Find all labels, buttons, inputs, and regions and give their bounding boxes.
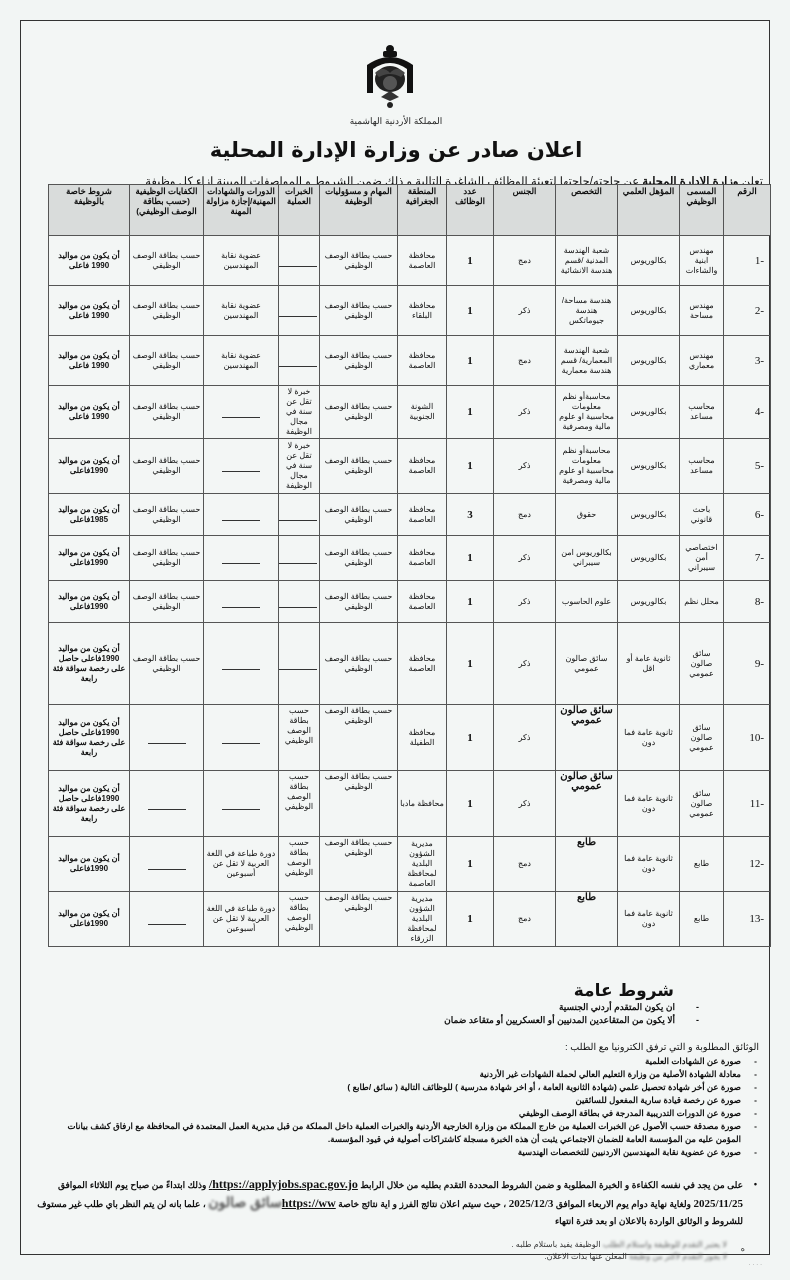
cell-qualification: ثانوية عامة فما دون: [618, 837, 680, 892]
col-header-tasks: المهام و مسؤوليات الوظيفة: [320, 185, 398, 236]
table-row: -9سائق صالون عموميثانوية عامة أو اقلسائق…: [49, 623, 771, 705]
table-row: -12طابعثانوية عامة فما دونطابعدمج1مديرية…: [49, 837, 771, 892]
empty-dash: [148, 809, 186, 810]
cell-qualification: ثانوية عامة فما دون: [618, 705, 680, 771]
cell-job-title: مهندس مساحة: [680, 286, 724, 336]
cell-gender: ذكر: [494, 536, 556, 581]
cell-experience: [279, 286, 320, 336]
cell-experience: [279, 336, 320, 386]
col-header-region: المنطقة الجغرافية: [398, 185, 447, 236]
cell-gender: دمج: [494, 336, 556, 386]
cell-courses: دورة طباعة في اللغة العربية لا تقل عن أس…: [204, 837, 279, 892]
cell-region: محافظة العاصمة: [398, 336, 447, 386]
cell-job-title: محاسب مساعد: [680, 386, 724, 439]
cell-row-number: -4: [724, 386, 771, 439]
cell-major: طابع: [556, 837, 618, 892]
cell-qualification: بكالوريوس: [618, 386, 680, 439]
cell-row-number: -8: [724, 581, 771, 623]
cell-courses: [204, 439, 279, 494]
cell-gender: ذكر: [494, 623, 556, 705]
cell-tasks: حسب بطاقة الوصف الوظيفي: [320, 236, 398, 286]
cell-region: مديرية الشؤون البلدية لمحافظة الزرقاء: [398, 892, 447, 947]
table-row: -13طابعثانوية عامة فما دونطابعدمج1مديرية…: [49, 892, 771, 947]
cell-job-count: 1: [447, 286, 494, 336]
cell-qualification: بكالوريوس: [618, 236, 680, 286]
cell-job-count: 1: [447, 236, 494, 286]
cell-qualification: بكالوريوس: [618, 286, 680, 336]
list-item: صورة عن الشهادات العلمية: [43, 1055, 763, 1068]
cell-job-count: 1: [447, 771, 494, 837]
cell-gender: دمج: [494, 837, 556, 892]
list-item: صورة عن الدورات التدريبية المدرجة في بطا…: [43, 1107, 763, 1120]
cell-job-count: 1: [447, 705, 494, 771]
cell-gender: دمج: [494, 236, 556, 286]
end-date: 2025/12/3: [509, 1198, 554, 1210]
cell-courses: عضوية نقابة المهندسين: [204, 286, 279, 336]
cell-gender: ذكر: [494, 386, 556, 439]
cell-row-number: -6: [724, 494, 771, 536]
cell-region: محافظة العاصمة: [398, 439, 447, 494]
cell-job-count: 1: [447, 623, 494, 705]
cell-courses: [204, 581, 279, 623]
cell-experience: [279, 581, 320, 623]
general-conditions-title: شروط عامة: [574, 981, 674, 1001]
cell-major: محاسبةأو نظم معلومات محاسبية او علوم مال…: [556, 386, 618, 439]
cell-job-title: طابع: [680, 837, 724, 892]
cell-gender: ذكر: [494, 581, 556, 623]
cell-region: محافظة العاصمة: [398, 236, 447, 286]
cell-competencies: حسب بطاقة الوصف الوظيفي: [130, 286, 204, 336]
empty-dash: [279, 563, 317, 564]
col-header-qualification: المؤهل العلمي: [618, 185, 680, 236]
cell-job-count: 1: [447, 536, 494, 581]
empty-dash: [222, 563, 260, 564]
cell-special-conditions: أن يكون من مواليد 1990 فاعلى: [49, 386, 130, 439]
cell-gender: دمج: [494, 494, 556, 536]
cell-courses: [204, 494, 279, 536]
cell-competencies: [130, 705, 204, 771]
empty-dash: [148, 924, 186, 925]
cell-job-title: اختصاصي أمن سيبراني: [680, 536, 724, 581]
blurred-text: ﺳﺎﺋﻖ ﺻﺎﻟﻮﻥ: [208, 1194, 281, 1210]
start-date: 2025/11/25: [693, 1198, 743, 1210]
table-row: -10سائق صالون عموميثانوية عامة فما دونسا…: [49, 705, 771, 771]
cell-special-conditions: أن يكون من مواليد 1990فاعلى: [49, 536, 130, 581]
cell-experience: [279, 623, 320, 705]
cell-special-conditions: أن يكون من مواليد 1985فاعلى: [49, 494, 130, 536]
cell-row-number: -7: [724, 536, 771, 581]
cell-job-count: 1: [447, 892, 494, 947]
cell-gender: دمج: [494, 892, 556, 947]
page-title: اعلان صادر عن وزارة الإدارة المحلية: [21, 138, 771, 162]
cell-job-count: 3: [447, 494, 494, 536]
cell-special-conditions: أن يكون من مواليد 1990 فاعلى: [49, 286, 130, 336]
table-row: -8محلل نظمبكالوريوسعلوم الحاسوبذكر1محافظ…: [49, 581, 771, 623]
cell-qualification: بكالوريوس: [618, 581, 680, 623]
cell-special-conditions: أن يكون من مواليد 1990فاعلى: [49, 581, 130, 623]
col-header-major: التخصص: [556, 185, 618, 236]
cell-region: محافظة العاصمة: [398, 623, 447, 705]
cell-tasks: حسب بطاقة الوصف الوظيفي: [320, 536, 398, 581]
empty-dash: [148, 869, 186, 870]
cell-job-title: مهندس معماري: [680, 336, 724, 386]
cell-tasks: حسب بطاقة الوصف الوظيفي: [320, 623, 398, 705]
col-header-job-title: المسمى الوظيفي: [680, 185, 724, 236]
cell-major: سائق صالون عمومي: [556, 623, 618, 705]
cell-tasks: حسب بطاقة الوصف الوظيفي: [320, 705, 398, 771]
cell-competencies: حسب بطاقة الوصف الوظيفي: [130, 236, 204, 286]
cell-courses: عضوية نقابة المهندسين: [204, 236, 279, 286]
col-header-count: عدد الوظائف: [447, 185, 494, 236]
cell-region: محافظة الطفيلة: [398, 705, 447, 771]
cell-competencies: حسب بطاقة الوصف الوظيفي: [130, 536, 204, 581]
cell-job-count: 1: [447, 581, 494, 623]
empty-dash: [279, 266, 317, 267]
table-row: -7اختصاصي أمن سيبرانيبكالوريوسبكالوريوس …: [49, 536, 771, 581]
cell-major: طابع: [556, 892, 618, 947]
empty-dash: [222, 669, 260, 670]
empty-dash: [222, 417, 260, 418]
cell-experience: خبرة لا تقل عن سنة في مجال الوظيفة: [279, 386, 320, 439]
cell-courses: [204, 386, 279, 439]
cell-qualification: بكالوريوس: [618, 439, 680, 494]
empty-dash: [279, 316, 317, 317]
empty-dash: [222, 520, 260, 521]
empty-dash: [279, 366, 317, 367]
cell-qualification: بكالوريوس: [618, 536, 680, 581]
cell-special-conditions: أن يكون من مواليد 1990 فاعلى: [49, 236, 130, 286]
empty-dash: [222, 809, 260, 810]
cell-experience: [279, 536, 320, 581]
col-header-experience: الخبرات العملية: [279, 185, 320, 236]
jordan-coat-of-arms-icon: [361, 43, 419, 111]
table-row: -2مهندس مساحةبكالوريوسهندسة مساحة/ هندسة…: [49, 286, 771, 336]
cell-gender: ذكر: [494, 439, 556, 494]
cell-gender: ذكر: [494, 705, 556, 771]
documents-title: الوثائق المطلوبة و التي ترفق الكترونيا م…: [565, 1042, 759, 1053]
table-row: -4محاسب مساعدبكالوريوسمحاسبةأو نظم معلوم…: [49, 386, 771, 439]
cell-experience: حسب بطاقة الوصف الوظيفي: [279, 771, 320, 837]
list-item: ألا يكون من المتقاعدين المدنيين أو العسك…: [99, 1014, 699, 1027]
list-item: صورة عن رخصة قيادة سارية المفعول للسائقي…: [43, 1094, 763, 1107]
cell-competencies: حسب بطاقة الوصف الوظيفي: [130, 386, 204, 439]
cell-major: شعبة الهندسة المعمارية/ قسم هندسة معماري…: [556, 336, 618, 386]
table-row: -1مهندس ابنية والشاءاتبكالوريوسشعبة الهن…: [49, 236, 771, 286]
page-marker: · · · ·: [749, 1262, 762, 1269]
cell-competencies: [130, 771, 204, 837]
cell-job-count: 1: [447, 837, 494, 892]
cell-courses: [204, 623, 279, 705]
footnote: ه ﻻ ﻳﻌﺘﺒﺮ ﺍﻟﺘﻘﺪﻡ ﻟﻠﻮﻇﻴﻔﺔ ﻭﺍﺳﺘﻼﻡ ﺍﻟﻄﻠﺐ ال…: [307, 1239, 745, 1263]
empty-dash: [279, 607, 317, 608]
cell-major: علوم الحاسوب: [556, 581, 618, 623]
cell-job-title: سائق صالون عمومي: [680, 705, 724, 771]
col-header-competencies: الكفايات الوظيفية (حسب بطاقة الوصف الوظي…: [130, 185, 204, 236]
cell-courses: [204, 771, 279, 837]
cell-region: الشونة الجنوبية: [398, 386, 447, 439]
cell-special-conditions: أن يكون من مواليد 1990فاعلى: [49, 439, 130, 494]
col-header-number: الرقم: [724, 185, 771, 236]
cell-tasks: حسب بطاقة الوصف الوظيفي: [320, 439, 398, 494]
list-item: صورة عن أخر شهادة تحصيل علمي (شهادة الثا…: [43, 1081, 763, 1094]
cell-job-title: طابع: [680, 892, 724, 947]
cell-major: شعبة الهندسة المدنية /قسم هندسة الانشائي…: [556, 236, 618, 286]
empty-dash: [148, 743, 186, 744]
cell-row-number: -2: [724, 286, 771, 336]
cell-row-number: -9: [724, 623, 771, 705]
cell-competencies: [130, 837, 204, 892]
general-conditions-list: ان يكون المتقدم أردني الجنسية ألا يكون م…: [99, 1001, 699, 1027]
cell-job-title: مهندس ابنية والشاءات: [680, 236, 724, 286]
table-row: -3مهندس معماريبكالوريوسشعبة الهندسة المع…: [49, 336, 771, 386]
cell-row-number: -3: [724, 336, 771, 386]
cell-major: بكالوريوس امن سيبراني: [556, 536, 618, 581]
empty-dash: [279, 669, 317, 670]
cell-competencies: [130, 892, 204, 947]
cell-courses: [204, 536, 279, 581]
empty-dash: [222, 743, 260, 744]
cell-experience: خبرة لا تقل عن سنة في مجال الوظيفة: [279, 439, 320, 494]
col-header-courses: الدورات والشهادات المهنية/إجازة مزاولة ا…: [204, 185, 279, 236]
cell-competencies: حسب بطاقة الوصف الوظيفي: [130, 623, 204, 705]
list-item: ان يكون المتقدم أردني الجنسية: [99, 1001, 699, 1014]
cell-experience: حسب بطاقة الوصف الوظيفي: [279, 892, 320, 947]
cell-region: محافظة العاصمة: [398, 494, 447, 536]
cell-major: سائق صالون عمومي: [556, 771, 618, 837]
cell-competencies: حسب بطاقة الوصف الوظيفي: [130, 581, 204, 623]
cell-courses: [204, 705, 279, 771]
cell-experience: [279, 494, 320, 536]
apply-link[interactable]: https://applyjobs.spac.gov.jo/: [209, 1177, 358, 1191]
empty-dash: [222, 607, 260, 608]
cell-qualification: بكالوريوس: [618, 494, 680, 536]
cell-row-number: -1: [724, 236, 771, 286]
cell-major: حقوق: [556, 494, 618, 536]
cell-job-title: محلل نظم: [680, 581, 724, 623]
empty-dash: [279, 520, 317, 521]
cell-tasks: حسب بطاقة الوصف الوظيفي: [320, 771, 398, 837]
documents-list: صورة عن الشهادات العلمية معادلة الشهادة …: [43, 1055, 763, 1159]
cell-row-number: -13: [724, 892, 771, 947]
cell-qualification: ثانوية عامة أو اقل: [618, 623, 680, 705]
cell-region: محافظة العاصمة: [398, 581, 447, 623]
list-item: معادلة الشهادة الأصلية من وزارة التعليم …: [43, 1068, 763, 1081]
cell-qualification: ثانوية عامة فما دون: [618, 771, 680, 837]
application-instructions: على من يجد في نفسه الكفاءة و الخبرة المط…: [33, 1176, 759, 1230]
cell-region: محافظة العاصمة: [398, 536, 447, 581]
cell-courses: دورة طباعة في اللغة العربية لا تقل عن أس…: [204, 892, 279, 947]
list-item: صورة عن عضوية نقابة المهندسين الاردنيين …: [43, 1146, 763, 1159]
cell-experience: حسب بطاقة الوصف الوظيفي: [279, 705, 320, 771]
cell-courses: عضوية نقابة المهندسين: [204, 336, 279, 386]
cell-competencies: حسب بطاقة الوصف الوظيفي: [130, 494, 204, 536]
cell-special-conditions: أن يكون من مواليد 1990 فاعلى: [49, 336, 130, 386]
cell-row-number: -5: [724, 439, 771, 494]
cell-special-conditions: أن يكون من مواليد 1990فاعلى: [49, 837, 130, 892]
cell-job-count: 1: [447, 439, 494, 494]
list-item: صورة مصدقة حسب الأصول عن الخبرات العملية…: [43, 1120, 763, 1146]
table-row: -6باحث قانونيبكالوريوسحقوقدمج3محافظة الع…: [49, 494, 771, 536]
cell-special-conditions: أن يكون من مواليد 1990فاعلى حاصل على رخص…: [49, 705, 130, 771]
note-marker-icon: ه: [741, 1243, 745, 1255]
cell-tasks: حسب بطاقة الوصف الوظيفي: [320, 581, 398, 623]
cell-tasks: حسب بطاقة الوصف الوظيفي: [320, 494, 398, 536]
vacancies-table: الرقم المسمى الوظيفي المؤهل العلمي التخص…: [48, 184, 771, 947]
cell-job-title: سائق صالون عمومي: [680, 771, 724, 837]
cell-tasks: حسب بطاقة الوصف الوظيفي: [320, 336, 398, 386]
cell-row-number: -10: [724, 705, 771, 771]
cell-job-count: 1: [447, 336, 494, 386]
cell-special-conditions: أن يكون من مواليد 1990فاعلى حاصل على رخص…: [49, 623, 130, 705]
kingdom-name: المملكة الأردنية الهاشمية: [21, 117, 771, 127]
col-header-special-conditions: شروط خاصة بالوظيفة: [49, 185, 130, 236]
cell-experience: حسب بطاقة الوصف الوظيفي: [279, 837, 320, 892]
cell-job-count: 1: [447, 386, 494, 439]
cell-tasks: حسب بطاقة الوصف الوظيفي: [320, 837, 398, 892]
cell-job-title: محاسب مساعد: [680, 439, 724, 494]
table-row: -11سائق صالون عموميثانوية عامة فما دونسا…: [49, 771, 771, 837]
cell-row-number: -12: [724, 837, 771, 892]
table-row: -5محاسب مساعدبكالوريوسمحاسبةأو نظم معلوم…: [49, 439, 771, 494]
cell-qualification: بكالوريوس: [618, 336, 680, 386]
cell-special-conditions: أن يكون من مواليد 1990فاعلى: [49, 892, 130, 947]
empty-dash: [222, 471, 260, 472]
cell-tasks: حسب بطاقة الوصف الوظيفي: [320, 386, 398, 439]
results-link[interactable]: https://ww: [282, 1196, 336, 1210]
cell-major: سائق صالون عمومي: [556, 705, 618, 771]
cell-special-conditions: أن يكون من مواليد 1990فاعلى حاصل على رخص…: [49, 771, 130, 837]
cell-tasks: حسب بطاقة الوصف الوظيفي: [320, 892, 398, 947]
cell-region: مديرية الشؤون البلدية لمحافظة العاصمة: [398, 837, 447, 892]
cell-competencies: حسب بطاقة الوصف الوظيفي: [130, 439, 204, 494]
cell-major: محاسبةأو نظم معلومات محاسبية او علوم مال…: [556, 439, 618, 494]
cell-gender: ذكر: [494, 286, 556, 336]
cell-gender: ذكر: [494, 771, 556, 837]
cell-row-number: -11: [724, 771, 771, 837]
cell-qualification: ثانوية عامة فما دون: [618, 892, 680, 947]
cell-region: محافظة البلقاء: [398, 286, 447, 336]
table-header-row: الرقم المسمى الوظيفي المؤهل العلمي التخص…: [49, 185, 771, 236]
cell-job-title: سائق صالون عمومي: [680, 623, 724, 705]
announcement-page: المملكة الأردنية الهاشمية اعلان صادر عن …: [20, 20, 770, 1255]
cell-experience: [279, 236, 320, 286]
cell-tasks: حسب بطاقة الوصف الوظيفي: [320, 286, 398, 336]
cell-competencies: حسب بطاقة الوصف الوظيفي: [130, 336, 204, 386]
cell-major: هندسة مساحة/ هندسة جيوماتكس: [556, 286, 618, 336]
cell-job-title: باحث قانوني: [680, 494, 724, 536]
cell-region: محافظة مادبا: [398, 771, 447, 837]
col-header-gender: الجنس: [494, 185, 556, 236]
